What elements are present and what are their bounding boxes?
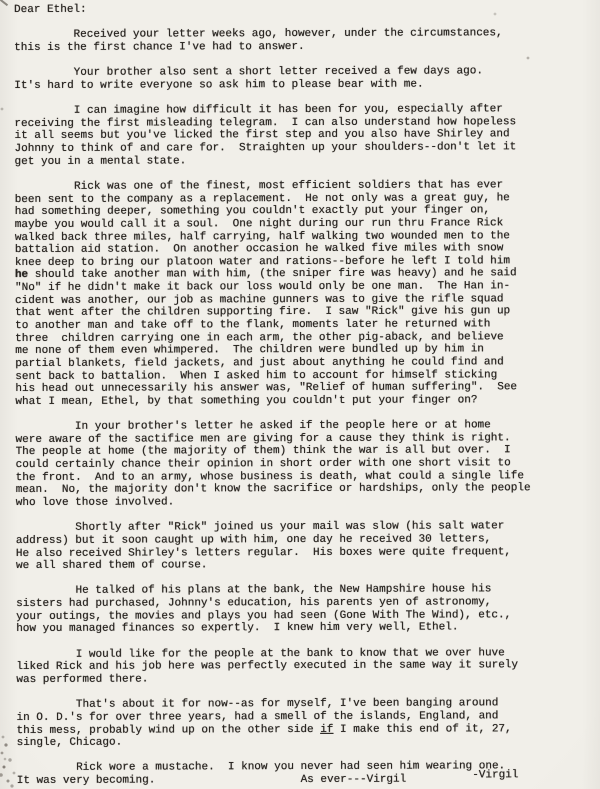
letter-page: Dear Ethel: Received your letter weeks a… — [0, 0, 600, 789]
letter-line: "No" if he didn't make it back our loss … — [15, 280, 595, 295]
letter-line: walked back three miles, half carrying, … — [15, 230, 595, 245]
signoff: As ever---Virgil — [301, 774, 407, 786]
letter-line: liked Rick and his job here was perfectl… — [16, 659, 596, 674]
letter-line: It was very becoming. As ever---Virgil -… — [17, 773, 597, 788]
letter-segment: if — [320, 723, 333, 735]
signature: -Virgil — [472, 769, 518, 782]
letter-line: Johnny to think of and care for. Straigh… — [14, 141, 594, 156]
letter-line: this mess, probably wind up on the other… — [17, 722, 597, 737]
letter-line: that went after the children supporting … — [15, 305, 595, 320]
letter-line: mean. No, the majority don't know the sa… — [16, 482, 596, 497]
letter-line: He also received Shirley's letters regul… — [16, 546, 596, 561]
paper-speckles — [0, 0, 2, 2]
letter-body: Dear Ethel: Received your letter weeks a… — [14, 2, 597, 788]
letter-line: his head out unnecessarily his answer wa… — [15, 381, 595, 396]
letter-segment: he — [15, 269, 28, 281]
